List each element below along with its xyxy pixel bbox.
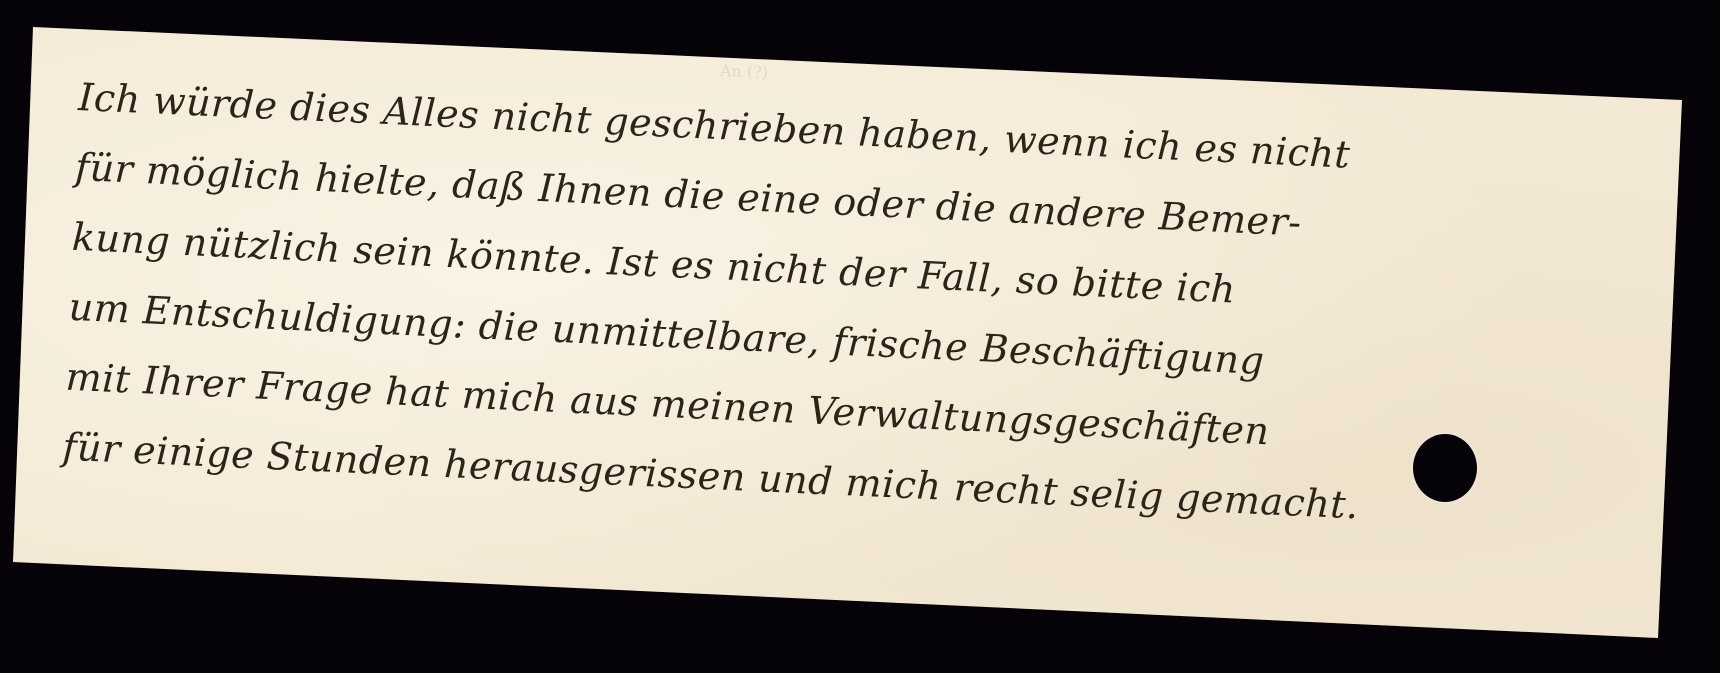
punch-hole [1413,434,1477,502]
handwritten-text-block: Ich würde dies Alles nicht geschrieben h… [61,62,1638,552]
scanned-page: An (?) Ich würde dies Alles nicht geschr… [0,0,1720,673]
show-through-text: An (?) [720,61,769,82]
paper-sheet: An (?) Ich würde dies Alles nicht geschr… [0,0,1720,673]
